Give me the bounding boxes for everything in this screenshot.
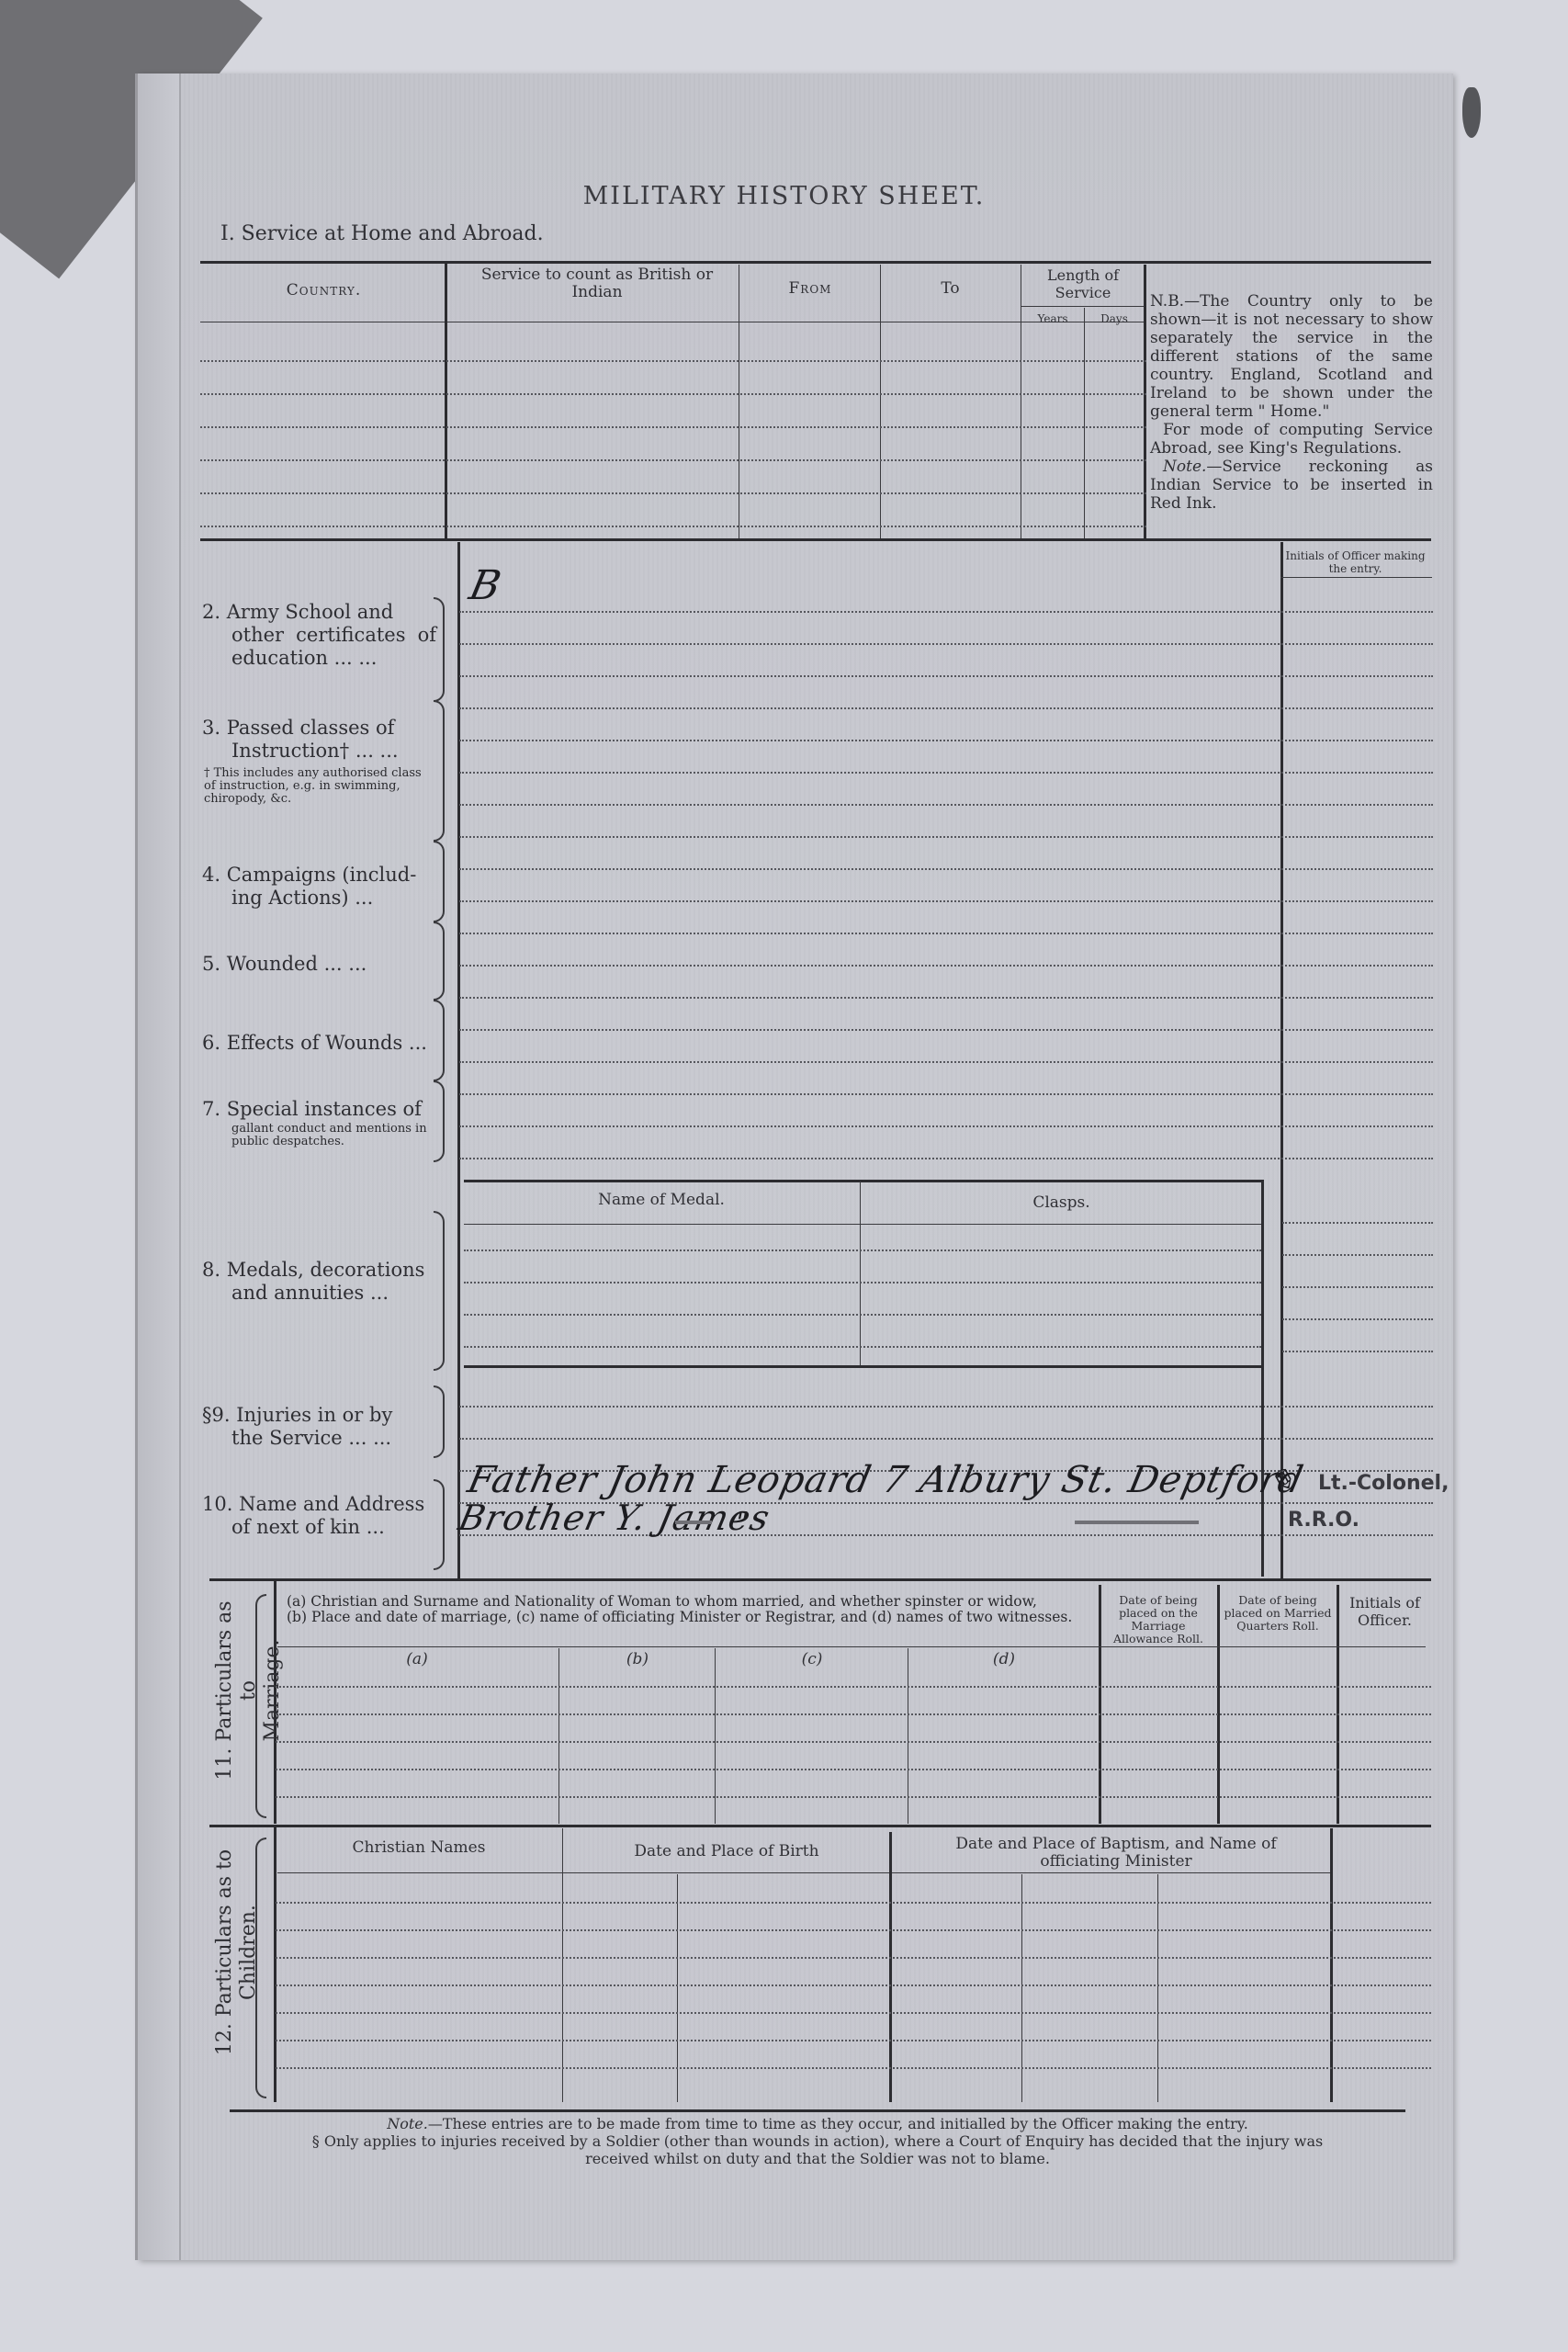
marriage-initials-header: Initials of Officer. <box>1341 1594 1428 1629</box>
section-6-label: 6. Effects of Wounds ... <box>202 1032 436 1055</box>
next-of-kin-line-1: Father John Leopard 7 Albury St. Deptfor… <box>464 1459 1307 1501</box>
marriage-col-d: (d) <box>909 1651 1099 1668</box>
col-days-header: Days <box>1086 311 1143 328</box>
medal-name-header: Name of Medal. <box>464 1192 859 1209</box>
officer-stamp-rank: Lt.-Colonel, <box>1318 1472 1449 1495</box>
section-3-footnote: † This includes any authorised class of … <box>204 767 434 806</box>
section-9-label: §9. Injuries in or by the Service ... ..… <box>202 1404 436 1450</box>
nb-para-2: For mode of computing Service Abroad, se… <box>1150 421 1433 458</box>
marriage-col-b: (b) <box>560 1651 715 1668</box>
children-side-label: 12. Particulars as to Children. <box>213 1837 261 2067</box>
section-3-label: 3. Passed classes of Instruction† ... ..… <box>202 717 436 763</box>
page-fold <box>138 73 181 2260</box>
col-length-header: Length of Service <box>1023 266 1143 301</box>
children-col-birth: Date and Place of Birth <box>564 1843 889 1860</box>
married-quarters-roll-header: Date of being placed on Married Quarters… <box>1222 1594 1334 1633</box>
officer-stamp-office: R.R.O. <box>1288 1509 1359 1532</box>
footnote-section-1: § Only applies to injuries received by a… <box>220 2132 1415 2150</box>
col-service-header: Service to count as British or Indian <box>459 266 735 301</box>
section-7-label: 7. Special instances of <box>202 1098 436 1121</box>
section-7-footnote: gallant conduct and mentions in public d… <box>231 1123 438 1148</box>
col-country-header: Country. <box>211 282 436 300</box>
marriage-col-c: (c) <box>716 1651 908 1668</box>
marriage-header: (a) Christian and Surname and Nationalit… <box>287 1594 1095 1625</box>
initials-header: Initials of Officer making the entry. <box>1284 549 1427 575</box>
next-of-kin-line-2: Brother Y. James <box>455 1498 773 1538</box>
footnote-section-2: received whilst on duty and that the Sol… <box>220 2150 1415 2167</box>
marriage-allowance-roll-header: Date of being placed on the Marriage All… <box>1102 1594 1214 1645</box>
medal-clasps-header: Clasps. <box>862 1194 1261 1212</box>
children-col-baptism: Date and Place of Baptism, and Name of o… <box>928 1836 1304 1871</box>
address-underline <box>1075 1521 1199 1524</box>
footnotes: Note.—These entries are to be made from … <box>220 2115 1415 2167</box>
ditto-underline <box>675 1521 712 1524</box>
paper-tear-mark <box>1462 87 1481 138</box>
footnote-note: Note.—These entries are to be made from … <box>220 2115 1415 2132</box>
section-5-label: 5. Wounded ... ... <box>202 953 436 976</box>
section-4-label: 4. Campaigns (includ- ing Actions) ... <box>202 864 436 910</box>
marriage-side-label: 11. Particulars as to Marriage. <box>213 1599 285 1782</box>
children-col-names: Christian Names <box>276 1839 562 1857</box>
section-8-label: 8. Medals, decorations and annuities ... <box>202 1259 436 1305</box>
section-2-label: 2. Army School and other certificates of… <box>202 601 436 670</box>
nb-note-label: Note. <box>1163 458 1206 476</box>
nb-para-1: N.B.—The Country only to be shown—it is … <box>1150 292 1433 421</box>
nb-para-3: Note.—Service reckoning as Indian Servic… <box>1150 458 1433 513</box>
col-years-header: Years <box>1022 311 1083 328</box>
page-title: MILITARY HISTORY SHEET. <box>0 182 1568 210</box>
section-10-label: 10. Name and Address of next of kin ... <box>202 1493 436 1539</box>
service-nb-note: N.B.—The Country only to be shown—it is … <box>1150 292 1433 513</box>
col-from-header: From <box>742 280 878 298</box>
col-to-header: To <box>884 280 1017 298</box>
marriage-col-a: (a) <box>276 1651 558 1668</box>
section-1-label: I. Service at Home and Abroad. <box>220 222 544 245</box>
